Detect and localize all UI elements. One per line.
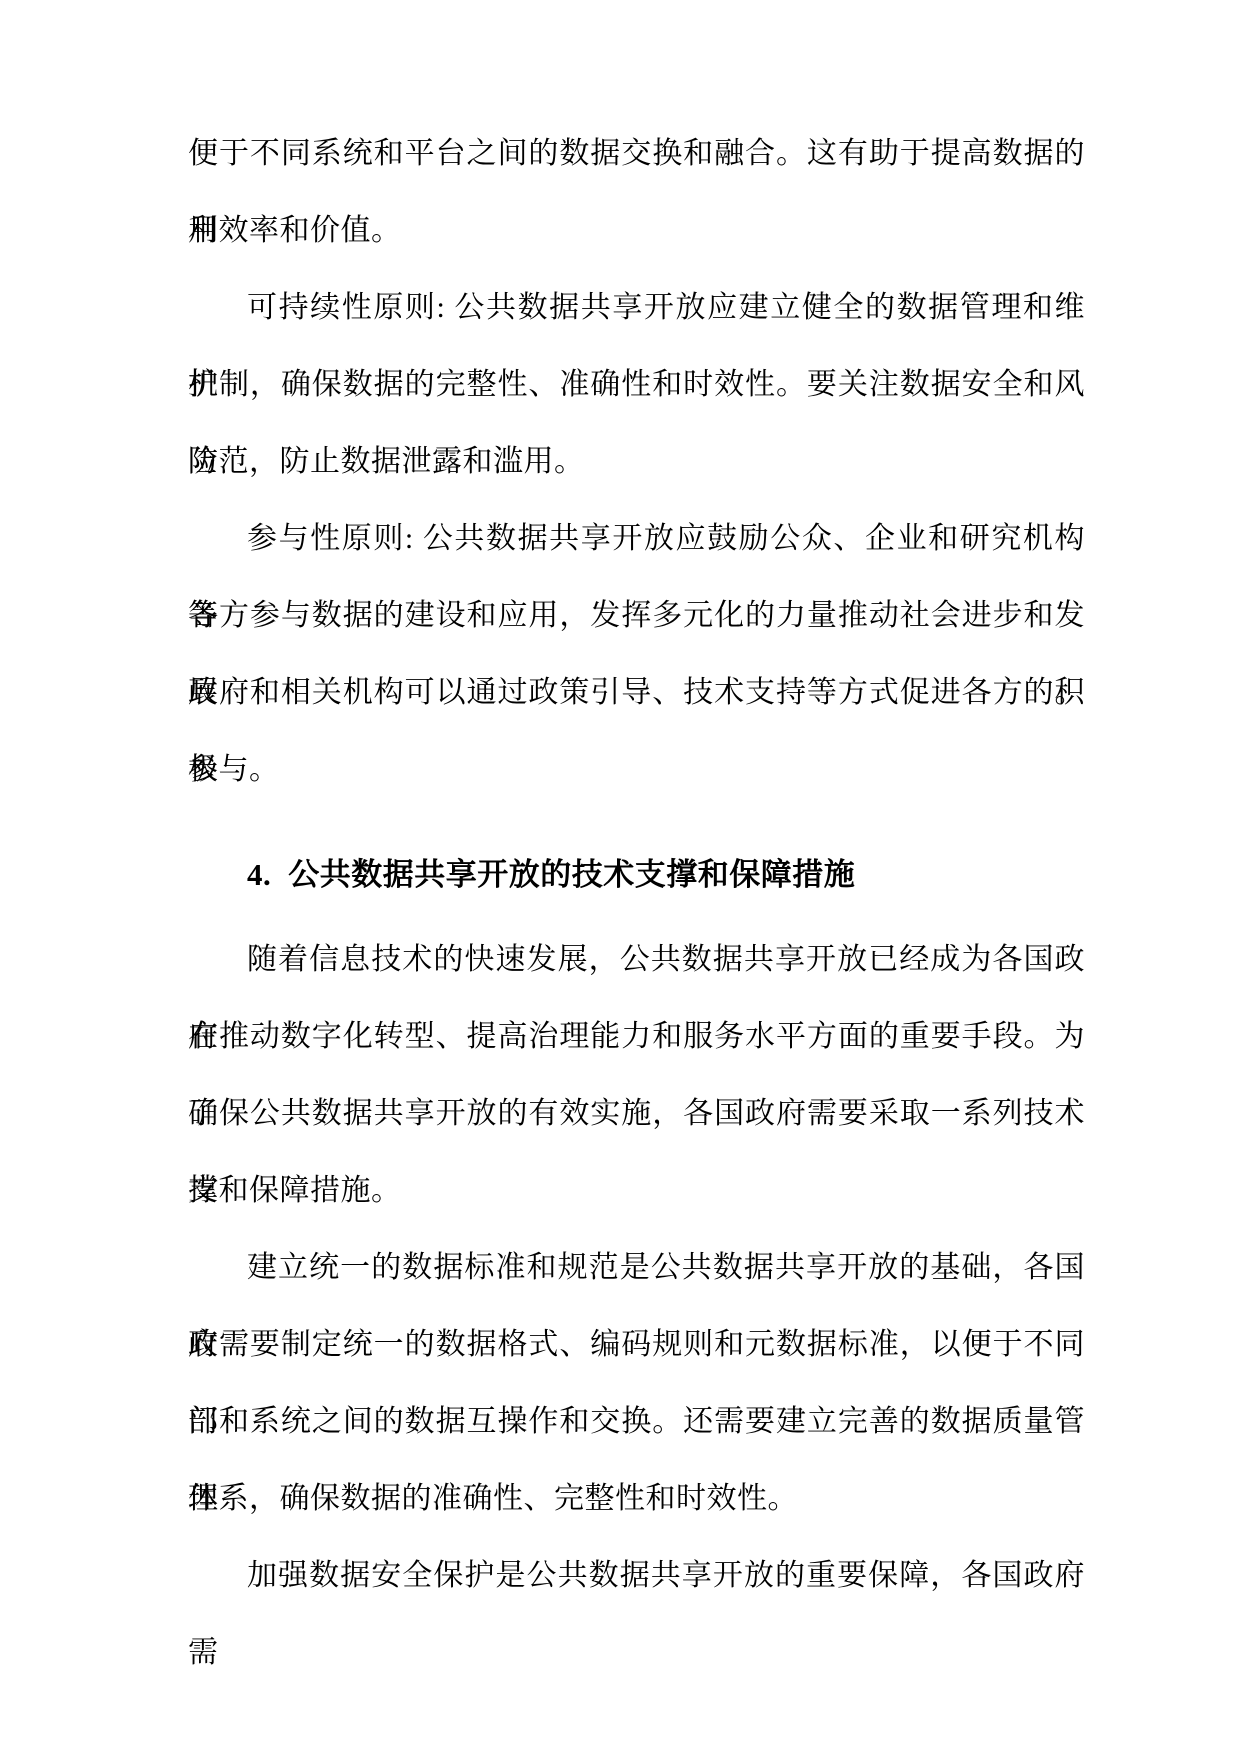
paragraph: 加强数据安全保护是公共数据共享开放的重要保障，各国政府需	[188, 1537, 1085, 1614]
section-heading: 4.公共数据共享开放的技术支撑和保障措施	[188, 836, 1085, 913]
heading-number: 4.	[247, 836, 271, 913]
text-line: 可持续性原则: 公共数据共享开放应建立健全的数据管理和维护	[188, 269, 1085, 346]
text-line: 便于不同系统和平台之间的数据交换和融合。这有助于提高数据的利	[188, 115, 1085, 192]
paragraph: 随着信息技术的快速发展，公共数据共享开放已经成为各国政府 在推动数字化转型、提高…	[188, 921, 1085, 1229]
text-line: 加强数据安全保护是公共数据共享开放的重要保障，各国政府需	[188, 1537, 1085, 1614]
text-line: 在推动数字化转型、提高治理能力和服务水平方面的重要手段。为了	[188, 998, 1085, 1075]
text-line: 政府和相关机构可以通过政策引导、技术支持等方式促进各方的积极	[188, 654, 1085, 731]
text-line: 体系，确保数据的准确性、完整性和时效性。	[188, 1460, 1085, 1537]
document-page: 便于不同系统和平台之间的数据交换和融合。这有助于提高数据的利 用效率和价值。 可…	[0, 0, 1241, 1754]
paragraph: 可持续性原则: 公共数据共享开放应建立健全的数据管理和维护 机制，确保数据的完整…	[188, 269, 1085, 500]
text-line: 各方参与数据的建设和应用，发挥多元化的力量推动社会进步和发展。	[188, 577, 1085, 654]
text-line: 建立统一的数据标准和规范是公共数据共享开放的基础，各国政	[188, 1229, 1085, 1306]
text-line: 参与。	[188, 731, 1085, 808]
text-line: 撑和保障措施。	[188, 1152, 1085, 1229]
paragraph: 参与性原则: 公共数据共享开放应鼓励公众、企业和研究机构等 各方参与数据的建设和…	[188, 500, 1085, 808]
heading-text: 公共数据共享开放的技术支撑和保障措施	[288, 857, 855, 892]
text-line: 随着信息技术的快速发展，公共数据共享开放已经成为各国政府	[188, 921, 1085, 998]
text-line: 机制，确保数据的完整性、准确性和时效性。要关注数据安全和风险	[188, 346, 1085, 423]
text-line: 确保公共数据共享开放的有效实施，各国政府需要采取一系列技术支	[188, 1075, 1085, 1152]
paragraph: 便于不同系统和平台之间的数据交换和融合。这有助于提高数据的利 用效率和价值。	[188, 115, 1085, 269]
text-line: 门和系统之间的数据互操作和交换。还需要建立完善的数据质量管理	[188, 1383, 1085, 1460]
text-line: 用效率和价值。	[188, 192, 1085, 269]
text-line: 府需要制定统一的数据格式、编码规则和元数据标准，以便于不同部	[188, 1306, 1085, 1383]
paragraph: 建立统一的数据标准和规范是公共数据共享开放的基础，各国政 府需要制定统一的数据格…	[188, 1229, 1085, 1537]
text-line: 参与性原则: 公共数据共享开放应鼓励公众、企业和研究机构等	[188, 500, 1085, 577]
text-line: 防范，防止数据泄露和滥用。	[188, 423, 1085, 500]
